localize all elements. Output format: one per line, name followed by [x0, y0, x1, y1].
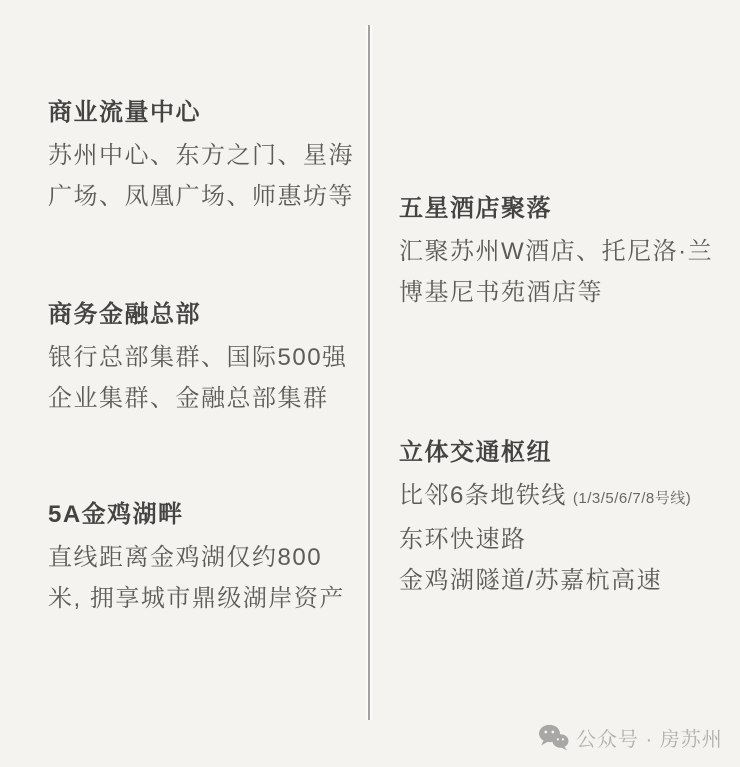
section-line: 比邻6条地铁线(1/3/5/6/7/8号线)	[399, 475, 719, 519]
section-line: 苏州中心、东方之门、星海	[48, 135, 368, 176]
section-finance: 商务金融总部 银行总部集群、国际500强 企业集群、金融总部集群	[48, 298, 368, 419]
column-divider	[368, 25, 370, 720]
watermark: 公众号 · 房苏州	[538, 723, 723, 752]
section-title: 立体交通枢纽	[399, 436, 719, 470]
section-title: 5A金鸡湖畔	[48, 498, 368, 532]
section-title: 商务金融总部	[48, 298, 368, 332]
section-line: 米, 拥享城市鼎级湖岸资产	[48, 578, 368, 619]
section-title: 商业流量中心	[48, 96, 368, 130]
section-line: 企业集群、金融总部集群	[48, 378, 368, 419]
section-body: 比邻6条地铁线(1/3/5/6/7/8号线) 东环快速路 金鸡湖隧道/苏嘉杭高速	[399, 475, 719, 601]
section-hotel: 五星酒店聚落 汇聚苏州W酒店、托尼洛·兰 博基尼书苑酒店等	[399, 192, 719, 313]
section-traffic: 立体交通枢纽 比邻6条地铁线(1/3/5/6/7/8号线) 东环快速路 金鸡湖隧…	[399, 436, 719, 601]
section-commerce: 商业流量中心 苏州中心、东方之门、星海 广场、凤凰广场、师惠坊等	[48, 96, 368, 217]
section-body: 苏州中心、东方之门、星海 广场、凤凰广场、师惠坊等	[48, 135, 368, 217]
section-body: 银行总部集群、国际500强 企业集群、金融总部集群	[48, 337, 368, 419]
section-lake: 5A金鸡湖畔 直线距离金鸡湖仅约800 米, 拥享城市鼎级湖岸资产	[48, 498, 368, 619]
metro-line-text: 比邻6条地铁线	[399, 482, 567, 509]
poster-canvas: 商业流量中心 苏州中心、东方之门、星海 广场、凤凰广场、师惠坊等 商务金融总部 …	[0, 0, 740, 767]
section-line: 东环快速路	[399, 519, 719, 560]
section-line: 博基尼书苑酒店等	[399, 272, 719, 313]
section-line: 直线距离金鸡湖仅约800	[48, 537, 368, 578]
section-body: 汇聚苏州W酒店、托尼洛·兰 博基尼书苑酒店等	[399, 231, 719, 313]
metro-line-note: (1/3/5/6/7/8号线)	[573, 490, 691, 507]
watermark-text: 公众号 · 房苏州	[576, 723, 723, 752]
wechat-icon	[538, 724, 569, 751]
section-line: 汇聚苏州W酒店、托尼洛·兰	[399, 231, 719, 272]
section-body: 直线距离金鸡湖仅约800 米, 拥享城市鼎级湖岸资产	[48, 537, 368, 619]
section-line: 银行总部集群、国际500强	[48, 337, 368, 378]
section-line: 金鸡湖隧道/苏嘉杭高速	[399, 560, 719, 601]
section-title: 五星酒店聚落	[399, 192, 719, 226]
section-line: 广场、凤凰广场、师惠坊等	[48, 176, 368, 217]
